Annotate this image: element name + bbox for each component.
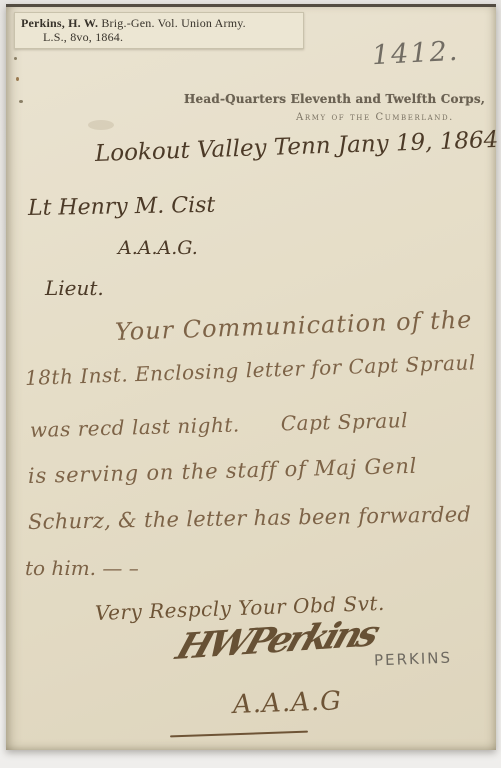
letterhead-line2: Army of the Cumberland. bbox=[296, 112, 454, 123]
document-photo: Perkins, H. W. Brig.-Gen. Vol. Union Arm… bbox=[0, 0, 501, 768]
paper-stain bbox=[88, 120, 114, 130]
addressee: Lt Henry M. Cist bbox=[28, 193, 216, 221]
foxing-spot bbox=[19, 100, 23, 103]
label-format-line: L.S., 8vo, 1864. bbox=[43, 30, 297, 44]
label-name: Perkins, H. W. bbox=[21, 16, 98, 30]
addressee-title: A.A.A.G. bbox=[118, 237, 198, 259]
body-line: to him. — – bbox=[25, 556, 139, 580]
signature-title: A.A.A.G bbox=[232, 686, 342, 720]
foxing-spot bbox=[16, 77, 19, 81]
foxing-spot bbox=[14, 57, 17, 60]
catalog-number: 1412. bbox=[371, 36, 460, 72]
salutation: Lieut. bbox=[45, 276, 104, 300]
pencil-annotation: PERKINS bbox=[374, 649, 453, 670]
letterhead-line1: Head-Quarters Eleventh and Twelfth Corps… bbox=[184, 92, 414, 106]
label-description: Brig.-Gen. Vol. Union Army. bbox=[98, 16, 246, 30]
dealer-catalog-label: Perkins, H. W. Brig.-Gen. Vol. Union Arm… bbox=[14, 12, 304, 49]
